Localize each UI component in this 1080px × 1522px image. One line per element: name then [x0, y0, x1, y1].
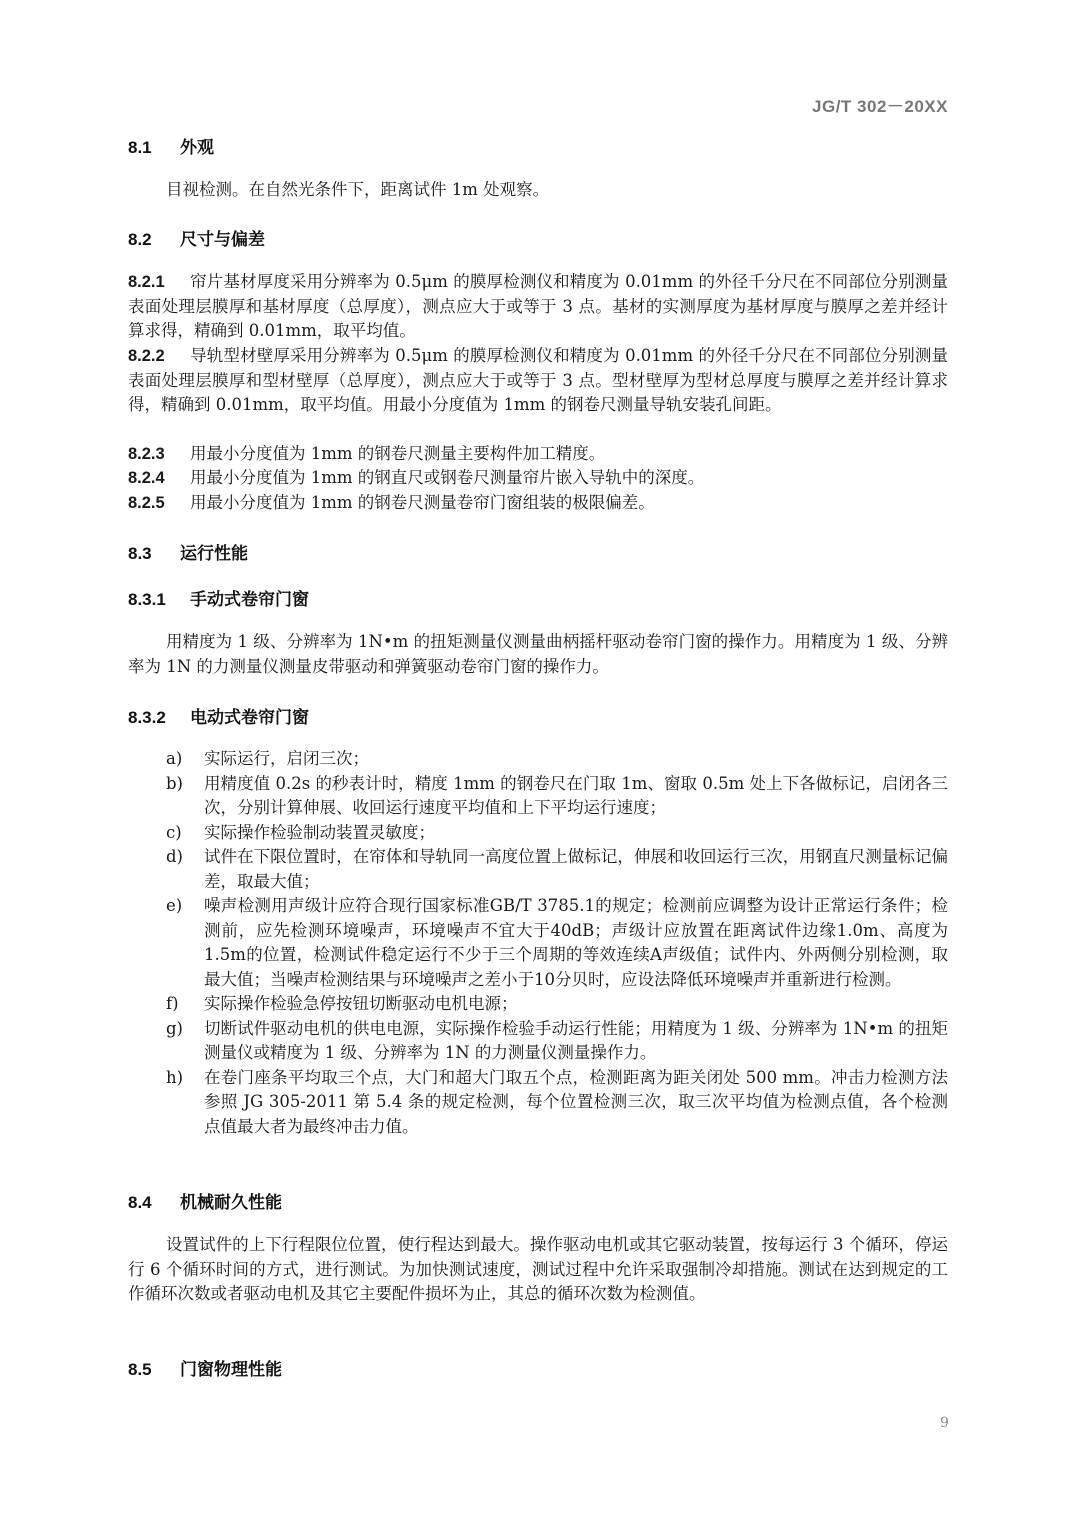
section-title: 电动式卷帘门窗 [190, 703, 309, 728]
clause-8-2-5: 8.2.5用最小分度值为 1mm 的钢卷尺测量卷帘门窗组装的极限偏差。 [128, 491, 948, 516]
heading-8-5: 8.5 门窗物理性能 [128, 1355, 282, 1380]
list-marker: e) [166, 894, 204, 992]
clause-number: 8.2.2 [128, 344, 190, 369]
list-text: 切断试件驱动电机的供电电源，实际操作检验手动运行性能；用精度为 1 级、分辨率为… [204, 1017, 948, 1066]
clause-8-2-1: 8.2.1帘片基材厚度采用分辨率为 0.5μm 的膜厚检测仪和精度为 0.01m… [128, 270, 948, 344]
heading-8-3-2: 8.3.2 电动式卷帘门窗 [128, 703, 309, 728]
list-marker: g) [166, 1017, 204, 1066]
section-title: 门窗物理性能 [180, 1355, 282, 1380]
list-item-e: e) 噪声检测用声级计应符合现行国家标准GB/T 3785.1的规定；检测前应调… [166, 894, 948, 992]
heading-8-2: 8.2 尺寸与偏差 [128, 225, 265, 250]
section-number: 8.3.1 [128, 590, 190, 610]
section-number: 8.2 [128, 230, 180, 250]
standard-code-header: JG/T 302－20XX [812, 92, 948, 117]
section-number: 8.4 [128, 1193, 180, 1213]
list-marker: d) [166, 845, 204, 894]
section-number: 8.3.2 [128, 708, 190, 728]
clause-number: 8.2.5 [128, 491, 190, 516]
list-text: 实际操作检验急停按钮切断驱动电机电源； [204, 992, 948, 1017]
list-marker: b) [166, 772, 204, 821]
paragraph-8-1: 目视检测。在自然光条件下，距离试件 1m 处观察。 [128, 178, 948, 203]
clause-number: 8.2.1 [128, 270, 190, 295]
list-text: 在卷门座条平均取三个点，大门和超大门取五个点，检测距离为距关闭处 500 mm。… [204, 1066, 948, 1140]
clause-number: 8.2.3 [128, 442, 190, 467]
list-item-f: f) 实际操作检验急停按钮切断驱动电机电源； [166, 992, 948, 1017]
list-text: 噪声检测用声级计应符合现行国家标准GB/T 3785.1的规定；检测前应调整为设… [204, 894, 948, 992]
section-number: 8.1 [128, 138, 180, 158]
heading-8-1: 8.1 外观 [128, 133, 214, 158]
list-item-b: b) 用精度值 0.2s 的秒表计时，精度 1mm 的钢卷尺在门取 1m、窗取 … [166, 772, 948, 821]
heading-8-3-1: 8.3.1 手动式卷帘门窗 [128, 585, 309, 610]
clause-text: 用最小分度值为 1mm 的钢卷尺测量卷帘门窗组装的极限偏差。 [190, 493, 655, 512]
paragraph-8-3-1: 用精度为 1 级、分辨率为 1N•m 的扭矩测量仪测量曲柄摇杆驱动卷帘门窗的操作… [128, 630, 948, 679]
list-marker: c) [166, 821, 204, 846]
section-title: 运行性能 [180, 539, 248, 564]
section-title: 手动式卷帘门窗 [190, 585, 309, 610]
paragraph-8-4: 设置试件的上下行程限位位置，使行程达到最大。操作驱动电机或其它驱动装置，按每运行… [128, 1233, 948, 1307]
list-item-g: g) 切断试件驱动电机的供电电源，实际操作检验手动运行性能；用精度为 1 级、分… [166, 1017, 948, 1066]
list-marker: a) [166, 747, 204, 772]
clause-text: 用最小分度值为 1mm 的钢直尺或钢卷尺测量帘片嵌入导轨中的深度。 [190, 468, 704, 487]
heading-8-4: 8.4 机械耐久性能 [128, 1188, 282, 1213]
list-text: 实际运行，启闭三次； [204, 747, 948, 772]
list-item-h: h) 在卷门座条平均取三个点，大门和超大门取五个点，检测距离为距关闭处 500 … [166, 1066, 948, 1140]
clause-text: 导轨型材壁厚采用分辨率为 0.5μm 的膜厚检测仪和精度为 0.01mm 的外径… [128, 346, 948, 414]
list-marker: f) [166, 992, 204, 1017]
section-title: 尺寸与偏差 [180, 225, 265, 250]
section-title: 机械耐久性能 [180, 1188, 282, 1213]
section-title: 外观 [180, 133, 214, 158]
page-number: 9 [940, 1415, 949, 1431]
clause-text: 用最小分度值为 1mm 的钢卷尺测量主要构件加工精度。 [190, 444, 605, 463]
clause-number: 8.2.4 [128, 466, 190, 491]
list-text: 试件在下限位置时，在帘体和导轨同一高度位置上做标记，伸展和收回运行三次，用钢直尺… [204, 845, 948, 894]
list-item-a: a) 实际运行，启闭三次； [166, 747, 948, 772]
clause-8-2-3: 8.2.3用最小分度值为 1mm 的钢卷尺测量主要构件加工精度。 [128, 442, 948, 467]
list-text: 用精度值 0.2s 的秒表计时，精度 1mm 的钢卷尺在门取 1m、窗取 0.5… [204, 772, 948, 821]
list-marker: h) [166, 1066, 204, 1140]
test-procedure-list: a) 实际运行，启闭三次； b) 用精度值 0.2s 的秒表计时，精度 1mm … [166, 747, 948, 1139]
section-number: 8.5 [128, 1360, 180, 1380]
clause-8-2-2: 8.2.2导轨型材壁厚采用分辨率为 0.5μm 的膜厚检测仪和精度为 0.01m… [128, 344, 948, 418]
list-item-d: d) 试件在下限位置时，在帘体和导轨同一高度位置上做标记，伸展和收回运行三次，用… [166, 845, 948, 894]
clause-8-2-4: 8.2.4用最小分度值为 1mm 的钢直尺或钢卷尺测量帘片嵌入导轨中的深度。 [128, 466, 948, 491]
section-number: 8.3 [128, 544, 180, 564]
clause-text: 帘片基材厚度采用分辨率为 0.5μm 的膜厚检测仪和精度为 0.01mm 的外径… [128, 272, 948, 340]
list-text: 实际操作检验制动装置灵敏度； [204, 821, 948, 846]
heading-8-3: 8.3 运行性能 [128, 539, 248, 564]
list-item-c: c) 实际操作检验制动装置灵敏度； [166, 821, 948, 846]
